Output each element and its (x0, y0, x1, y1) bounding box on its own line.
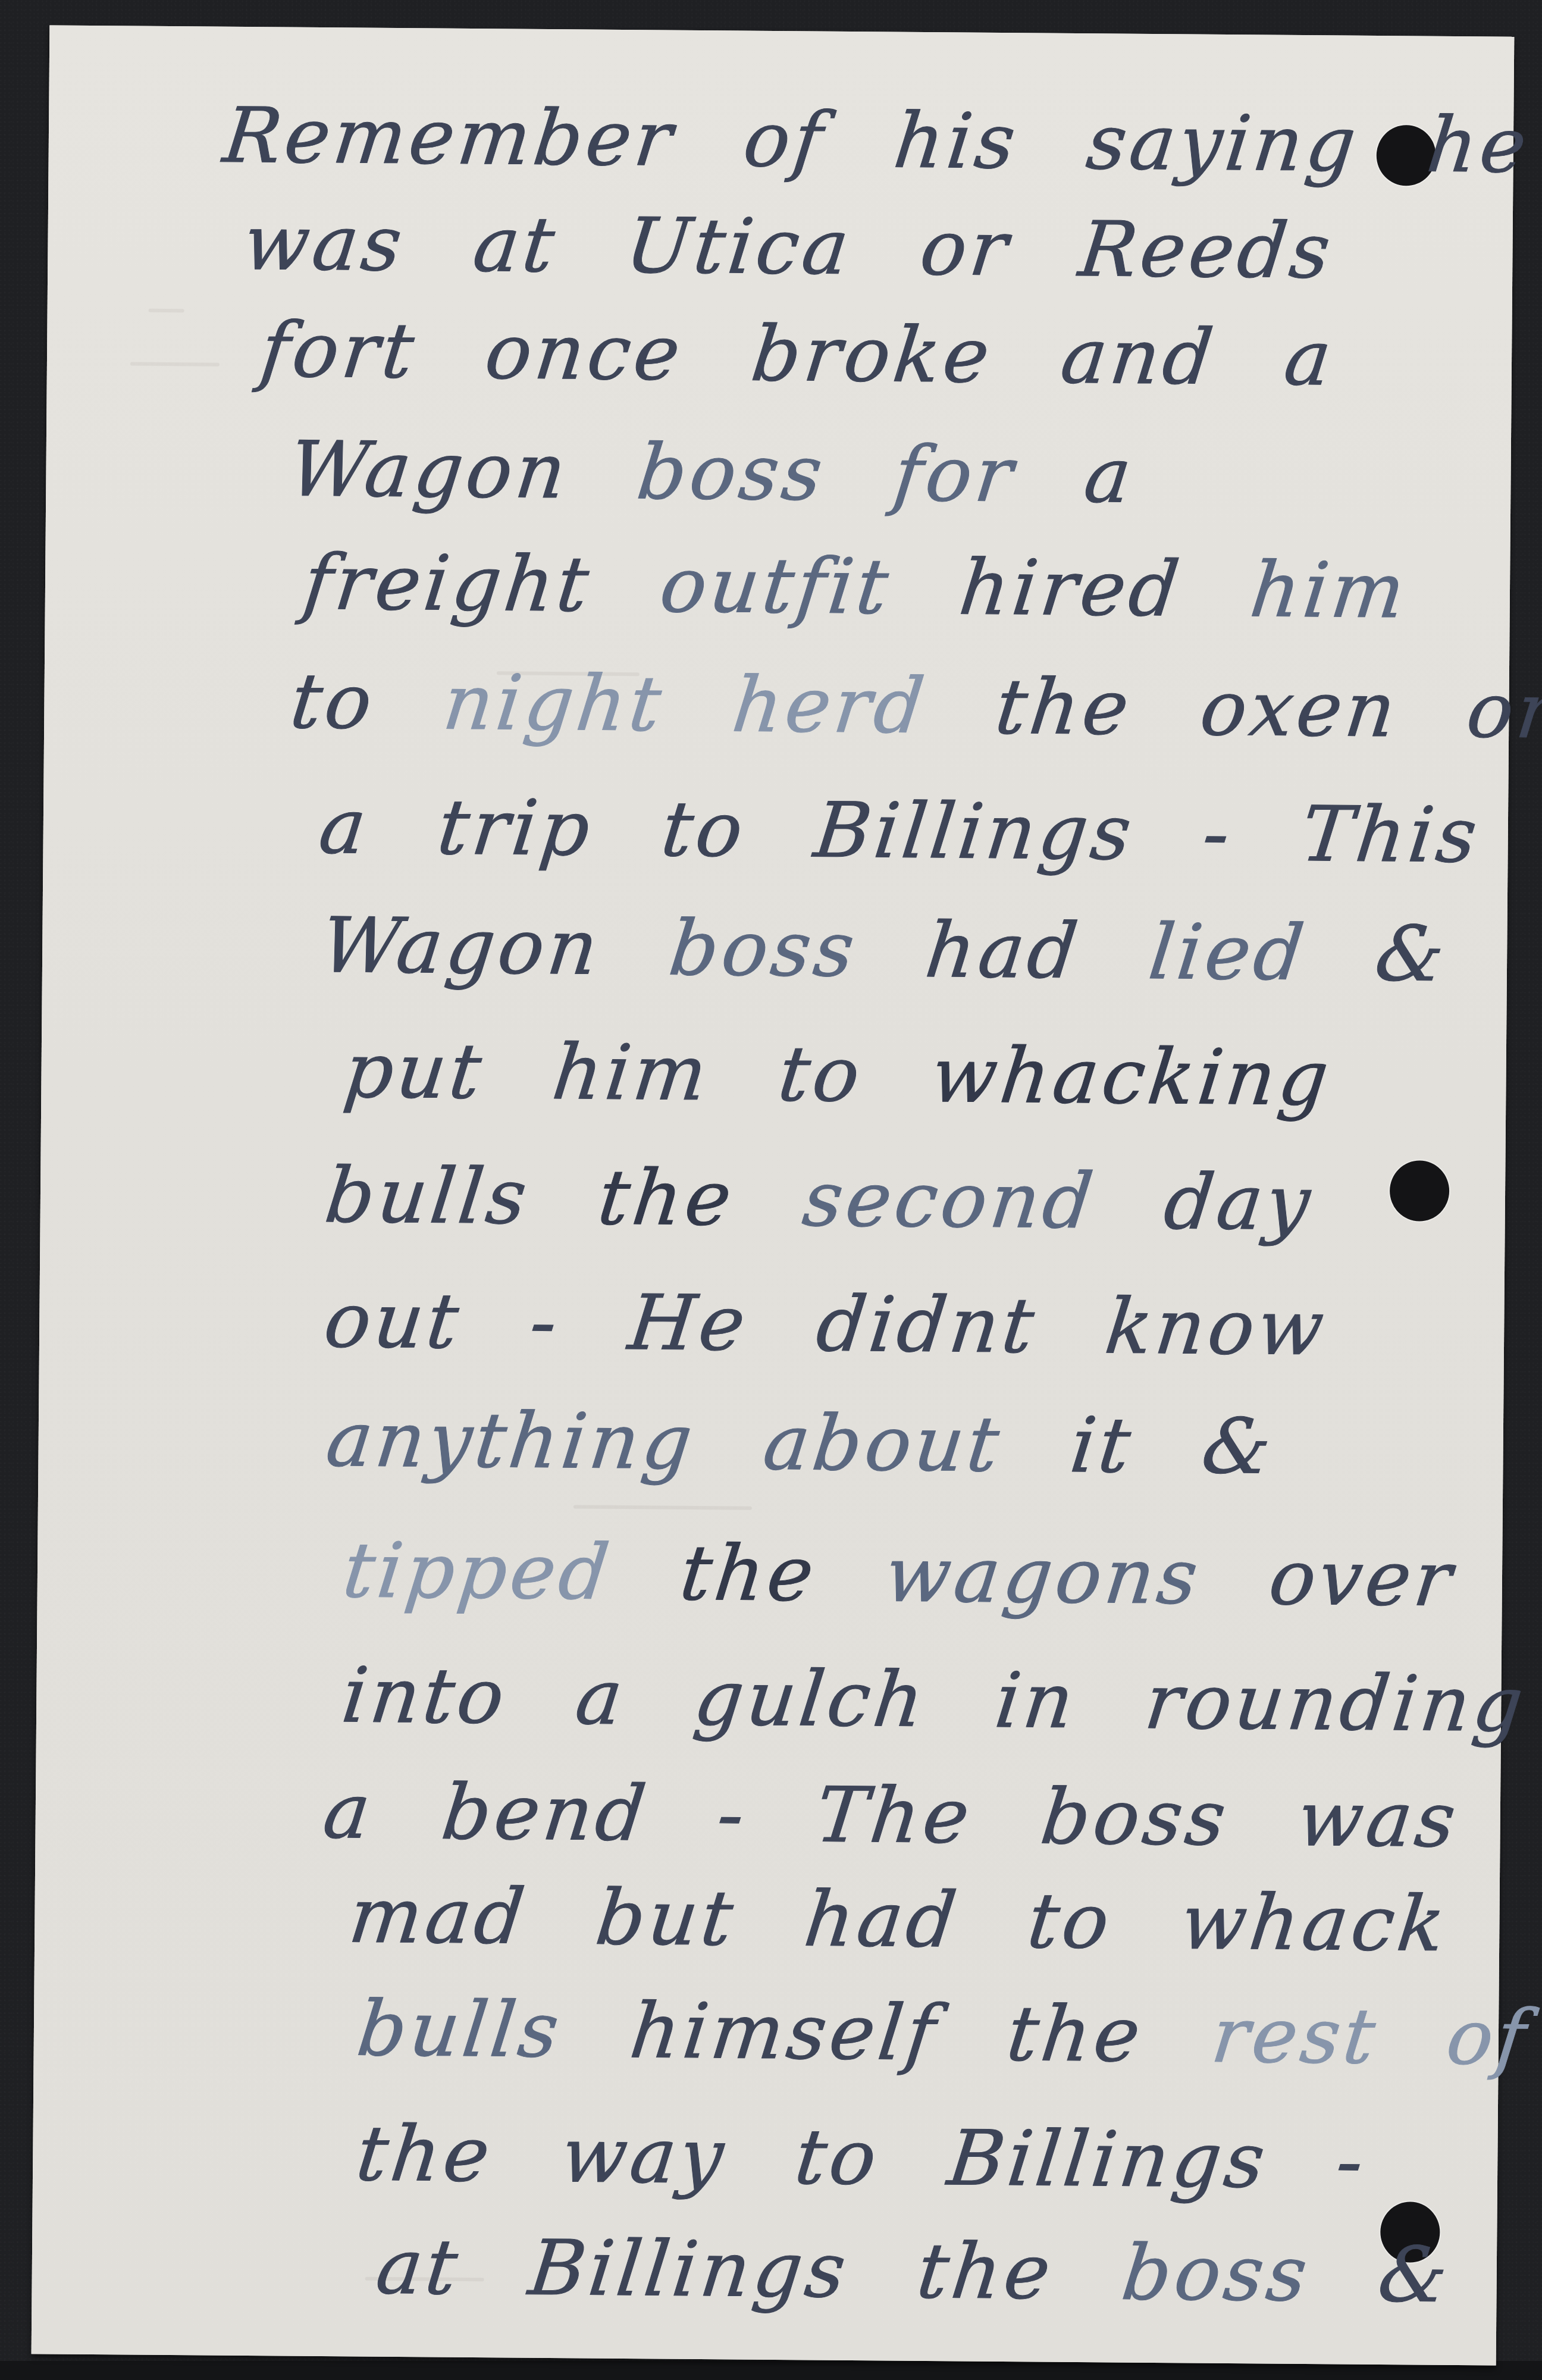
word: and (1057, 312, 1221, 402)
word: of (739, 96, 830, 185)
word: to (286, 657, 380, 747)
word: him (1246, 546, 1413, 635)
word: a (572, 1653, 631, 1742)
word: boss (633, 428, 830, 518)
word: saying (1083, 98, 1364, 189)
word: herd (728, 661, 932, 751)
word: or (916, 204, 1016, 293)
word: but (591, 1874, 741, 1963)
word: wagons (881, 1531, 1206, 1622)
word: had (800, 1875, 964, 1965)
word: & (1374, 2231, 1456, 2320)
word: day (1160, 1158, 1318, 1248)
word: lied (1145, 908, 1311, 998)
word: on (1463, 666, 1542, 756)
word: a (1080, 431, 1139, 521)
word: bulls (353, 1985, 567, 2075)
word: the (1002, 1990, 1148, 2080)
show-through-mark (573, 1505, 752, 1510)
word: hired (955, 544, 1187, 634)
word: bend (437, 1768, 653, 1859)
handwritten-line: Wagon boss had lied & (318, 908, 1452, 993)
word: of (1442, 1993, 1533, 2082)
word: - (1198, 790, 1237, 878)
word: way (557, 2111, 731, 2201)
word: to (657, 785, 751, 875)
word: & (1198, 1402, 1279, 1492)
word: - (526, 1278, 565, 1367)
word: he (1423, 101, 1534, 190)
word: a (315, 782, 374, 872)
word: to (1023, 1877, 1117, 1966)
word: Wagon (285, 425, 573, 516)
word: The (811, 1771, 977, 1861)
word: whack (1176, 1878, 1452, 1968)
handwritten-line: fort once broke and a (257, 312, 1339, 397)
word: - (713, 1770, 752, 1859)
word: out (320, 1276, 466, 1366)
word: fort (256, 306, 422, 396)
word: oxen (1196, 665, 1403, 754)
handwritten-line: into a gulch in rounding (339, 1658, 1530, 1743)
handwritten-line: out - He didnt know (321, 1283, 1331, 1367)
word: second (799, 1155, 1101, 1246)
word: was (1293, 1775, 1463, 1865)
word: had (922, 906, 1086, 996)
word: broke (747, 310, 997, 400)
word: himself (626, 1987, 943, 2078)
handwritten-line: mad but had to whack (346, 1878, 1452, 1963)
word: the (991, 663, 1136, 753)
handwritten-line: Wagon boss for a (286, 432, 1138, 515)
handwritten-line: the way to Billings - (353, 2116, 1371, 2200)
word: anything (322, 1395, 700, 1487)
handwritten-line: bulls himself the rest of (354, 1991, 1533, 2077)
word: Billings (944, 2114, 1273, 2205)
word: gulch (690, 1654, 932, 1745)
handwritten-line: Remember of his saying he (220, 98, 1534, 184)
word: know (1101, 1282, 1331, 1373)
word: into (338, 1651, 512, 1741)
word: tipped (339, 1526, 617, 1617)
word: him (549, 1028, 715, 1118)
word: it (1066, 1401, 1138, 1490)
word: at (469, 201, 562, 290)
word: in (991, 1656, 1082, 1746)
word: the (676, 1529, 821, 1619)
word: Wagon (317, 901, 606, 992)
word: Remember (220, 92, 680, 184)
word: about (759, 1399, 1007, 1489)
word: once (481, 308, 688, 397)
word: Reeds (1075, 205, 1338, 296)
word: Utica (622, 202, 857, 292)
word: night (439, 659, 669, 749)
word: trip (433, 784, 597, 873)
word: was (239, 199, 409, 289)
handwritten-line: a trip to Billings - This (316, 789, 1484, 874)
word: outfit (656, 541, 896, 632)
word: This (1297, 790, 1484, 880)
word: a (1280, 314, 1339, 403)
show-through-mark (149, 309, 184, 312)
word: whacking (927, 1031, 1336, 1123)
handwritten-line: bulls the second day (322, 1158, 1317, 1242)
handwritten-line: to night herd the oxen on (287, 664, 1542, 750)
word: He (625, 1279, 753, 1368)
word: the (913, 2227, 1058, 2317)
word: Billings (525, 2224, 854, 2315)
word: the (352, 2110, 497, 2200)
handwritten-line: was at Utica or Reeds (240, 205, 1337, 290)
word: boss (1118, 2229, 1315, 2319)
handwritten-line: put him to whacking (340, 1033, 1335, 1117)
letter-page: Remember of his saying he was at Utica o… (32, 25, 1515, 2365)
word: - (1332, 2118, 1371, 2206)
word: put (340, 1026, 489, 1116)
handwritten-line: freight outfit hired him (300, 545, 1412, 630)
word: his (890, 97, 1023, 186)
handwritten-line: a bend - The boss was (320, 1774, 1463, 1859)
word: didnt (813, 1280, 1042, 1371)
show-through-mark (130, 362, 220, 366)
word: for (889, 430, 1020, 519)
word: a (319, 1767, 378, 1856)
handwritten-line: anything about it & (323, 1402, 1278, 1485)
word: & (1371, 910, 1452, 999)
word: freight (299, 538, 597, 630)
handwritten-line: tipped the wagons over (340, 1533, 1459, 1618)
word: bulls (321, 1151, 535, 1242)
word: to (774, 1030, 867, 1119)
word: boss (665, 904, 862, 994)
word: Billings (810, 787, 1139, 878)
punch-hole-middle (1390, 1160, 1450, 1222)
word: rest (1208, 1991, 1383, 2081)
word: the (594, 1154, 739, 1244)
word: over (1265, 1534, 1459, 1624)
word: boss (1036, 1773, 1233, 1863)
word: rounding (1141, 1658, 1531, 1749)
word: mad (345, 1872, 532, 1962)
word: at (372, 2223, 465, 2312)
handwritten-line: at Billings the boss & (373, 2229, 1455, 2314)
word: to (791, 2113, 884, 2202)
